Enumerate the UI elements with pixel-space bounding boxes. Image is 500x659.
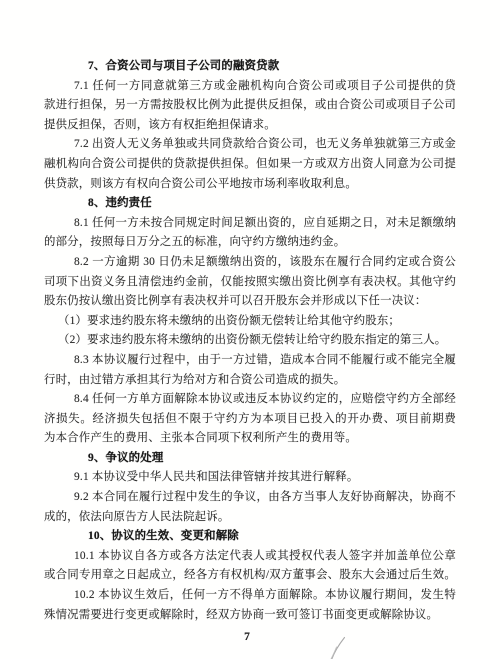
- text-line: 成的，依法向原告方人民法院起诉。: [44, 508, 456, 528]
- text-line: 9、争议的处理: [44, 449, 456, 469]
- text-line: 9.2 本合同在履行过程中发生的争议，由各方当事人友好协商解决，协商不: [44, 488, 456, 508]
- text-line: 提供反担保，否则，该方有权拒绝担保请求。: [44, 116, 456, 136]
- text-line: 10.2 本协议生效后，任何一方不得单方面解除。本协议履行期间，发生特: [44, 586, 456, 606]
- document-body: 7、合资公司与项目子公司的融资贷款7.1 任何一方同意就第三方或金融机构向合资公…: [44, 57, 456, 625]
- text-line: 为本合作产生的费用、主张本合同项下权利所产生的费用等。: [44, 429, 456, 449]
- text-line: 融机构向合资公司提供的贷款提供担保。但如果一方或双方出资人同意为公司提: [44, 155, 456, 175]
- text-line: 7、合资公司与项目子公司的融资贷款: [44, 57, 456, 77]
- text-line: 行时，由过错方承担其行为给对方和合资公司造成的损失。: [44, 371, 456, 391]
- text-line: 8.3 本协议履行过程中，由于一方过错，造成本合同不能履行或不能完全履: [44, 351, 456, 371]
- scanned-contract-page: 7、合资公司与项目子公司的融资贷款7.1 任何一方同意就第三方或金融机构向合资公…: [0, 0, 500, 659]
- text-line: 7.1 任何一方同意就第三方或金融机构向合资公司或项目子公司提供的贷: [44, 77, 456, 97]
- text-line: （1）要求违约股东将未缴纳的出资份额无偿转让给其他守约股东；: [44, 312, 456, 332]
- text-line: 款进行担保，另一方需按股权比例为此提供反担保，或由合资公司或项目子公司: [44, 96, 456, 116]
- text-line: 股东仍按认缴出资比例享有表决权并可以召开股东会并形成以下任一决议：: [44, 292, 456, 312]
- page-number: 7: [0, 631, 494, 643]
- text-line: 8.2 一方逾期 30 日仍未足额缴纳出资的，该股东在履行合同约定或合资公: [44, 253, 456, 273]
- text-line: 8、违约责任: [44, 194, 456, 214]
- text-line: 8.1 任何一方未按合同规定时间足额出资的，应自延期之日，对未足额缴纳: [44, 214, 456, 234]
- text-line: 7.2 出资人无义务单独或共同贷款给合资公司，也无义务单独就第三方或金: [44, 135, 456, 155]
- text-line: 或合同专用章之日起成立，经各方有权机构/双方董事会、股东大会通过后生效。: [44, 566, 456, 586]
- text-line: 司项下出资义务且清偿违约金前，仅能按照实缴出资比例享有表决权。其他守约: [44, 273, 456, 293]
- text-line: 8.4 任何一方单方面解除本协议或违反本协议约定的，应赔偿守约方全部经: [44, 390, 456, 410]
- text-line: 的部分，按照每日万分之五的标准，向守约方缴纳违约金。: [44, 233, 456, 253]
- text-line: 10、协议的生效、变更和解除: [44, 527, 456, 547]
- text-line: 9.1 本协议受中华人民共和国法律管辖并按其进行解释。: [44, 468, 456, 488]
- text-line: （2）要求违约股东将未缴纳的出资份额无偿转让给守约股东指定的第三人。: [44, 331, 456, 351]
- text-line: 供贷款，则该方有权向合资公司公平地按市场利率收取利息。: [44, 175, 456, 195]
- text-line: 10.1 本协议自各方或各方法定代表人或其授权代表人签字并加盖单位公章: [44, 547, 456, 567]
- text-line: 济损失。经济损失包括但不限于守约方为本项目已投入的开办费、项目前期费用、: [44, 410, 456, 430]
- text-line: 殊情况需要进行变更或解除时，经双方协商一致可签订书面变更或解除协议。: [44, 606, 456, 626]
